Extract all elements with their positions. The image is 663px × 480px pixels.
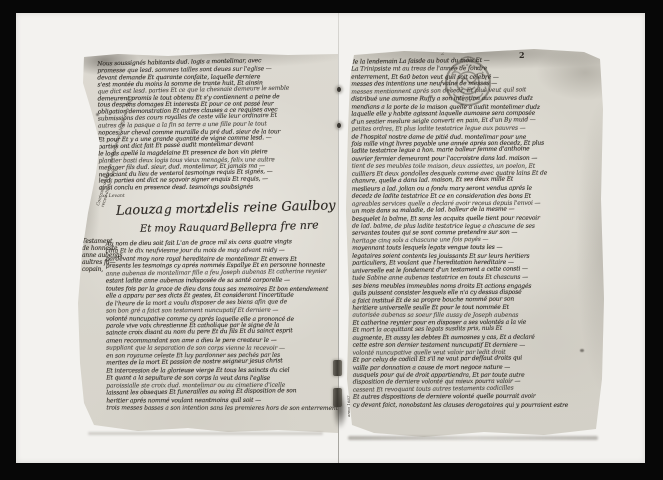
manuscript-line: copain,: [82, 267, 106, 274]
manuscript-line: estant ladite anne aubenas indisposée de…: [106, 277, 336, 285]
left-page-paragraph-2: Au nom de dieu soit fait L'an de grace m…: [106, 239, 337, 411]
under-page-edge-left: [88, 432, 323, 435]
ink-blot: [96, 113, 99, 116]
manuscript-line: pardevant moy nore royal hereditaire de …: [106, 255, 336, 263]
manuscript-line: heritier aprés nommé voulant neantmoins …: [106, 396, 336, 404]
signature: Et moy Rauquard: [140, 222, 229, 235]
gutter-shadow: [330, 383, 350, 437]
pre-signature-note: xe Levant: [102, 194, 125, 199]
signature: Laouza: [116, 202, 164, 219]
manuscript-line: son bon gré a faict son testament nuncup…: [106, 307, 336, 315]
manuscript-line: volonté nuncupative comme cy aprés laque…: [106, 315, 336, 323]
manuscript-line: ses biens meubles immeubles noms droits …: [352, 282, 600, 290]
manuscript-line: de l'hospital nostre dame de pitié dud. …: [351, 133, 599, 141]
manuscript-line: enterrement, Et 6a0 beton veut quil soit…: [351, 74, 599, 82]
manuscript-line: cy devant faict, nonobstant les clauses …: [353, 401, 601, 409]
manuscript-line: toutes fois par la grace de dieu dans to…: [106, 285, 336, 293]
scanned-document-frame: Controllé au bureau de montelimar le 29e…: [0, 0, 663, 480]
manuscript-page-right: 2 2 de la lendemain La faisde au bout du…: [344, 49, 606, 441]
signature: delis reine Gaulboy: [208, 198, 336, 216]
manuscript-line: cinq Et le dix neufviesme jour du mois d…: [106, 247, 336, 255]
manuscript-line: vaille par donnation a cause de mort neg…: [353, 363, 601, 372]
binding-hole: [337, 87, 341, 92]
manuscript-line: augmente, Et aussy les debtes Et aumosne…: [353, 333, 601, 342]
margin-note-block: Testamentde honnesteanne aubenasaultres …: [82, 239, 106, 274]
ink-blot: [580, 349, 584, 352]
manuscript-line: trois messes basses a son intention sans…: [106, 404, 336, 412]
manuscript-line: mendians a la porte de la maison quelle …: [351, 103, 599, 111]
left-page-paragraph-1: Nous soussignés habitants dud. logis a m…: [97, 59, 335, 193]
right-page-text: de la lendemain La faisde au bout du moi…: [351, 57, 601, 409]
manuscript-line: ouvrier fermier demeurant pour l'accrois…: [352, 154, 600, 163]
manuscript-line: de lad. balme, de plus ladite testatrice…: [352, 223, 600, 231]
manuscript-line: Et autres dispositions de derniere volon…: [353, 393, 601, 402]
binding-hole: [337, 123, 341, 128]
manuscript-line: tuée Sabine anne aubenas testatrice en t…: [352, 273, 600, 282]
manuscript-page-left: Controllé au bureau de montelimar le 29e…: [78, 53, 338, 433]
manuscript-line: besquelet la balme, Et sans les acquits …: [352, 214, 600, 223]
manuscript-line: Et intercession de la glorieuse vierge E…: [106, 366, 336, 374]
manuscript-line: autorisée aubenas sa soeur fille aussy d…: [352, 312, 600, 320]
scanner-platen: Controllé au bureau de montelimar le 29e…: [16, 13, 645, 463]
manuscript-line: meslieurs a lad. jolian ou a fondu mary …: [352, 184, 600, 193]
manuscript-line: distribué une aumosne Ruffy a son intent…: [351, 95, 599, 104]
manuscript-line: legataires soient contents les jouissant…: [352, 252, 600, 260]
signature: g mortz: [164, 202, 211, 217]
manuscript-line: petites ordres, Et plus ladite testatric…: [351, 124, 599, 133]
binding-stitch: [333, 360, 342, 376]
signature: Bellepra fre nre: [230, 218, 319, 234]
manuscript-line: devant demande Et quarante confaite, laq…: [97, 74, 333, 82]
manuscript-line: moyennant touts lesquels legats vengue t…: [352, 244, 600, 253]
manuscript-line: La Trinipsiste mt au treas de l'année de…: [351, 65, 599, 74]
under-page-edge-right: [348, 436, 598, 440]
manuscript-line: ainsi conclu en presence desd. tesmoings…: [99, 184, 335, 192]
